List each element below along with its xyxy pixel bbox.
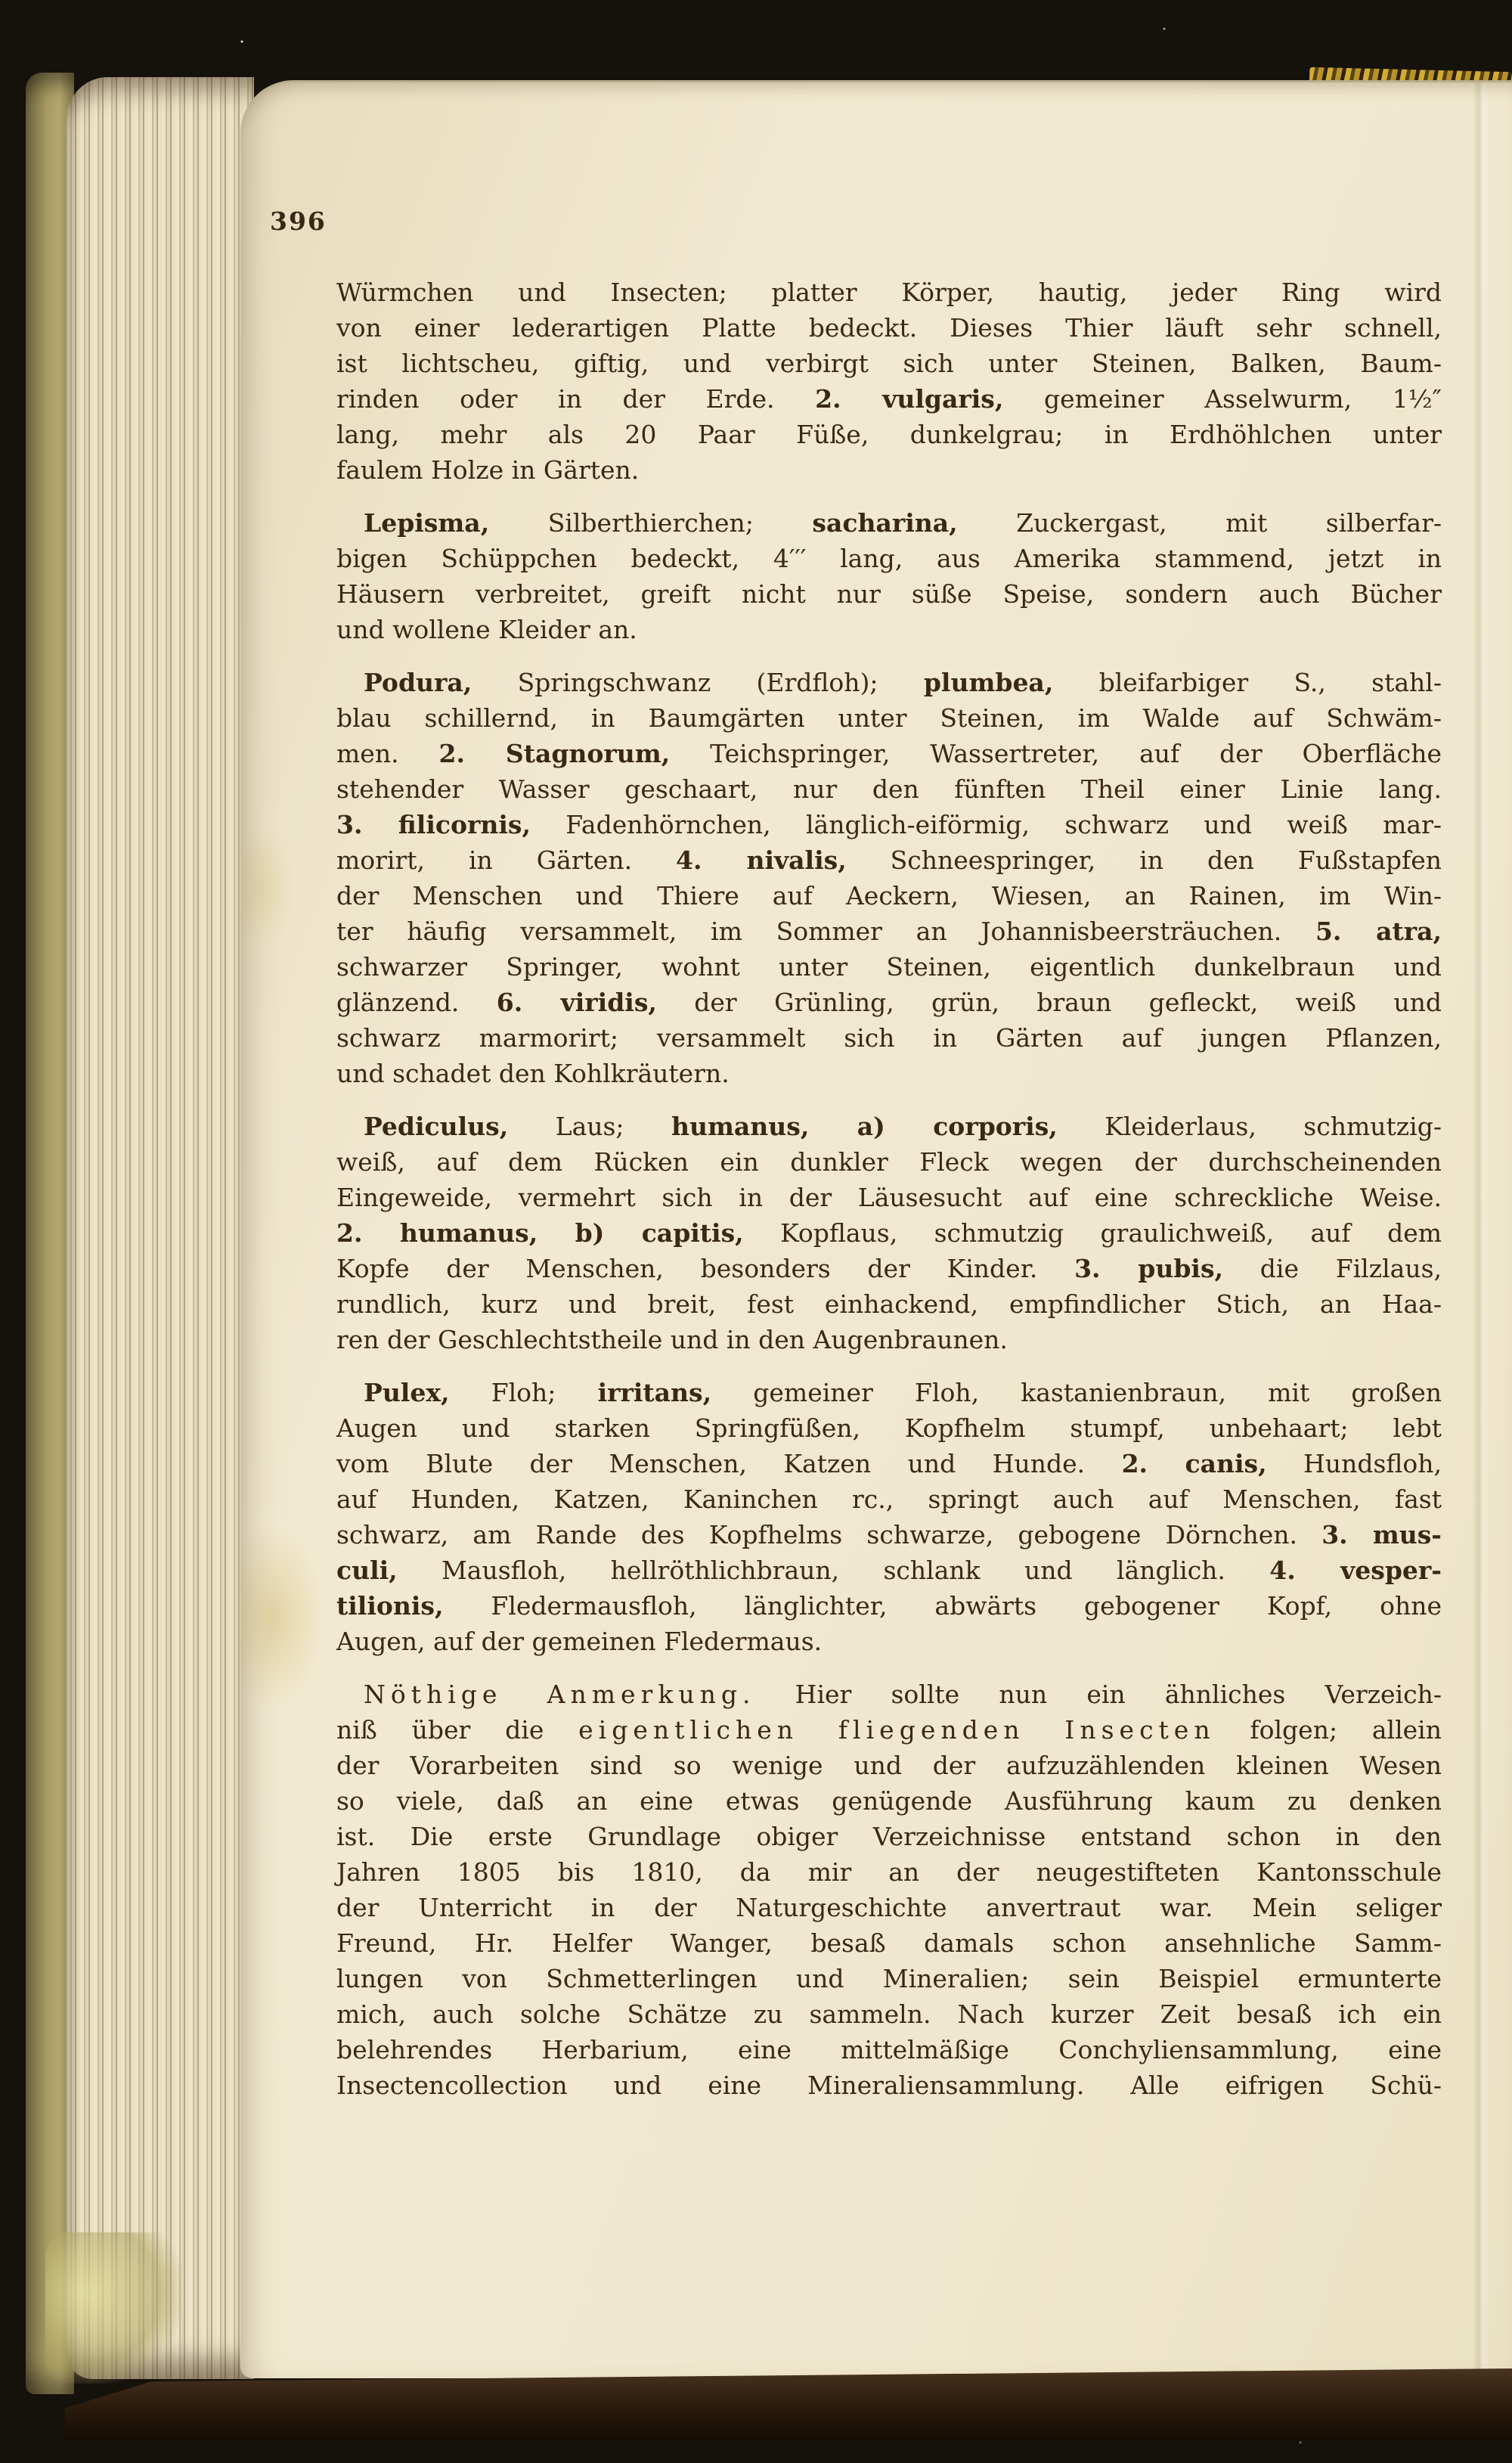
text-line: der Vorarbeiten sind so wenige und der a… xyxy=(336,1748,1442,1783)
text-segment: Häusern verbreitet, greift nicht nur süß… xyxy=(336,579,1442,609)
species-name: 2. humanus, b) capitis, xyxy=(336,1218,744,1248)
text-line: Nöthige Anmerkung. Hier sollte nun ein ä… xyxy=(336,1677,1442,1712)
species-name: 2. canis, xyxy=(1122,1449,1267,1478)
species-name: 2. Stagnorum, xyxy=(439,739,671,768)
text-segment: Augen, auf der gemeinen Fledermaus. xyxy=(336,1627,822,1656)
species-name: 4. nivalis, xyxy=(676,845,847,875)
cover-corner-highlight xyxy=(45,2232,181,2384)
text-segment: bigen Schüppchen bedeckt, 4′′′ lang, aus… xyxy=(336,544,1442,573)
text-line: Insectencollection und eine Mineraliensa… xyxy=(336,2067,1442,2103)
page-number: 396 xyxy=(270,206,327,236)
text-segment: folgen; allein xyxy=(1216,1715,1442,1745)
text-line: tilionis, Fledermausfloh, länglichter, a… xyxy=(336,1588,1442,1624)
text-segment: ren der Geschlechtstheile und in den Aug… xyxy=(336,1325,1008,1354)
species-name: humanus, a) corporis, xyxy=(671,1112,1058,1141)
text-line: auf Hunden, Katzen, Kaninchen rc., sprin… xyxy=(336,1481,1442,1517)
species-name: 4. vesper- xyxy=(1269,1556,1442,1585)
text-segment: Kopflaus, schmutzig graulichweiß, auf de… xyxy=(744,1218,1442,1248)
text-segment: und wollene Kleider an. xyxy=(336,615,637,644)
text-segment: Zuckergast, mit silberfar- xyxy=(958,508,1442,538)
text-segment: Springschwanz (Erdfloh); xyxy=(472,668,924,697)
species-name: Podura, xyxy=(364,668,472,697)
text-line: 3. filicornis, Fadenhörnchen, länglich-e… xyxy=(336,807,1442,842)
text-segment: von einer lederartigen Platte bedeckt. D… xyxy=(336,313,1442,343)
text-line: Jahren 1805 bis 1810, da mir an der neug… xyxy=(336,1854,1442,1890)
text-segment: Mausfloh, hellröthlichbraun, schlank und… xyxy=(398,1556,1270,1585)
text-line: belehrendes Herbarium, eine mittelmäßige… xyxy=(336,2032,1442,2067)
text-segment: stehender Wasser geschaart, nur den fünf… xyxy=(336,774,1442,804)
text-segment: Würmchen und Insecten; platter Körper, h… xyxy=(336,278,1442,307)
text-segment: der Unterricht in der Naturgeschichte an… xyxy=(336,1893,1442,1922)
species-name: 3. mus- xyxy=(1321,1520,1442,1549)
text-segment: Kopfe der Menschen, besonders der Kinder… xyxy=(336,1254,1074,1283)
text-segment: Jahren 1805 bis 1810, da mir an der neug… xyxy=(336,1857,1442,1887)
text-line: blau schillernd, in Baumgärten unter Ste… xyxy=(336,700,1442,736)
book-bottom-edge-shadow xyxy=(65,2368,1512,2440)
text-line: niß über die eigentlichen fliegenden Ins… xyxy=(336,1712,1442,1748)
text-segment: Insectencollection und eine Mineraliensa… xyxy=(336,2071,1442,2100)
text-segment: auf Hunden, Katzen, Kaninchen rc., sprin… xyxy=(336,1484,1442,1514)
text-segment: Silberthierchen; xyxy=(489,508,812,538)
book-page: 396 Würmchen und Insecten; platter Körpe… xyxy=(240,80,1512,2378)
text-segment: so viele, daß an eine etwas genügende Au… xyxy=(336,1786,1442,1816)
text-segment: schwarz, am Rande des Kopfhelms schwarze… xyxy=(336,1520,1321,1549)
photo-background: { "colors": { "background": "#15110b", "… xyxy=(0,0,1512,2463)
species-name: sacharina, xyxy=(812,508,957,538)
text-line: Häusern verbreitet, greift nicht nur süß… xyxy=(336,576,1442,612)
text-line: schwarz marmorirt; versammelt sich in Gä… xyxy=(336,1020,1442,1056)
text-line: ist lichtscheu, giftig, und verbirgt sic… xyxy=(336,346,1442,381)
paragraph: Podura, Springschwanz (Erdfloh); plumbea… xyxy=(336,665,1442,1091)
text-segment: lungen von Schmetterlingen und Mineralie… xyxy=(336,1964,1442,1993)
text-line: mich, auch solche Schätze zu sammeln. Na… xyxy=(336,1996,1442,2032)
text-segment: Hier sollte nun ein ähnliches Verzeich- xyxy=(755,1680,1442,1709)
text-segment: gemeiner Floh, kastanienbraun, mit große… xyxy=(711,1378,1442,1407)
text-line: weiß, auf dem Rücken ein dunkler Fleck w… xyxy=(336,1144,1442,1180)
species-name: culi, xyxy=(336,1556,398,1585)
text-line: Freund, Hr. Helfer Wanger, besaß damals … xyxy=(336,1925,1442,1961)
text-line: der Unterricht in der Naturgeschichte an… xyxy=(336,1890,1442,1925)
text-line: Pulex, Floh; irritans, gemeiner Floh, ka… xyxy=(336,1375,1442,1410)
text-segment: rundlich, kurz und breit, fest einhacken… xyxy=(336,1289,1442,1319)
text-line: ter häufig versammelt, im Sommer an Joha… xyxy=(336,914,1442,949)
text-segment: Floh; xyxy=(450,1378,598,1407)
text-segment: Hundsfloh, xyxy=(1267,1449,1442,1478)
text-segment: Fadenhörnchen, länglich-eiförmig, schwar… xyxy=(531,810,1442,839)
text-line: Podura, Springschwanz (Erdfloh); plumbea… xyxy=(336,665,1442,700)
text-segment: Fledermausfloh, länglichter, abwärts geb… xyxy=(443,1591,1442,1621)
text-line: rinden oder in der Erde. 2. vulgaris, ge… xyxy=(336,381,1442,417)
text-line: rundlich, kurz und breit, fest einhacken… xyxy=(336,1286,1442,1322)
text-segment: schwarzer Springer, wohnt unter Steinen,… xyxy=(336,952,1442,982)
text-line: Pediculus, Laus; humanus, a) corporis, K… xyxy=(336,1109,1442,1144)
text-segment: Freund, Hr. Helfer Wanger, besaß damals … xyxy=(336,1928,1442,1958)
text-line: glänzend. 6. viridis, der Grünling, grün… xyxy=(336,985,1442,1020)
text-segment: Laus; xyxy=(508,1112,671,1141)
text-segment: der Menschen und Thiere auf Aeckern, Wie… xyxy=(336,881,1442,910)
text-segment: Augen und starken Springfüßen, Kopfhelm … xyxy=(336,1413,1442,1443)
text-line: Würmchen und Insecten; platter Körper, h… xyxy=(336,275,1442,310)
text-segment: weiß, auf dem Rücken ein dunkler Fleck w… xyxy=(336,1147,1442,1177)
text-segment: lang, mehr als 20 Paar Füße, dunkelgrau;… xyxy=(336,420,1442,449)
text-line: morirt, in Gärten. 4. nivalis, Schneespr… xyxy=(336,842,1442,878)
text-segment: ist lichtscheu, giftig, und verbirgt sic… xyxy=(336,349,1442,378)
text-line: Augen und starken Springfüßen, Kopfhelm … xyxy=(336,1410,1442,1446)
text-line: und schadet den Kohlkräutern. xyxy=(336,1056,1442,1091)
species-name: 2. vulgaris, xyxy=(815,384,1003,414)
text-segment: Kleiderlaus, schmutzig- xyxy=(1058,1112,1442,1141)
text-segment: Schneespringer, in den Fußstapfen xyxy=(847,845,1442,875)
species-name: irritans, xyxy=(598,1378,712,1407)
text-segment: glänzend. xyxy=(336,988,497,1017)
text-line: so viele, daß an eine etwas genügende Au… xyxy=(336,1783,1442,1819)
text-segment: Teichspringer, Wassertreter, auf der Obe… xyxy=(670,739,1442,768)
text-segment: faulem Holze in Gärten. xyxy=(336,455,639,485)
text-line: ren der Geschlechtstheile und in den Aug… xyxy=(336,1322,1442,1357)
paragraph: Nöthige Anmerkung. Hier sollte nun ein ä… xyxy=(336,1677,1442,2103)
paragraph: Pulex, Floh; irritans, gemeiner Floh, ka… xyxy=(336,1375,1442,1659)
text-line: 2. humanus, b) capitis, Kopflaus, schmut… xyxy=(336,1215,1442,1251)
text-line: faulem Holze in Gärten. xyxy=(336,452,1442,488)
text-segment: ist. Die erste Grundlage obiger Verzeich… xyxy=(336,1822,1442,1851)
text-line: Eingeweide, vermehrt sich in der Läusesu… xyxy=(336,1180,1442,1215)
text-segment: blau schillernd, in Baumgärten unter Ste… xyxy=(336,703,1442,733)
text-segment: der Grünling, grün, braun gefleckt, weiß… xyxy=(657,988,1442,1017)
paragraph: Lepisma, Silberthierchen; sacharina, Zuc… xyxy=(336,505,1442,647)
text-segment: niß über die xyxy=(336,1715,578,1745)
text-line: Lepisma, Silberthierchen; sacharina, Zuc… xyxy=(336,505,1442,541)
species-name: plumbea, xyxy=(924,668,1053,697)
text-line: schwarz, am Rande des Kopfhelms schwarze… xyxy=(336,1517,1442,1553)
text-segment: ter häufig versammelt, im Sommer an Joha… xyxy=(336,917,1315,946)
page-text-block: Würmchen und Insecten; platter Körper, h… xyxy=(336,275,1442,2120)
emphasized-text: eigentlichen fliegenden Insecten xyxy=(578,1715,1215,1745)
text-line: men. 2. Stagnorum, Teichspringer, Wasser… xyxy=(336,736,1442,771)
text-line: Kopfe der Menschen, besonders der Kinder… xyxy=(336,1251,1442,1286)
text-line: stehender Wasser geschaart, nur den fünf… xyxy=(336,771,1442,807)
text-segment: der Vorarbeiten sind so wenige und der a… xyxy=(336,1751,1442,1780)
text-line: lungen von Schmetterlingen und Mineralie… xyxy=(336,1961,1442,1996)
species-name: Pediculus, xyxy=(364,1112,508,1141)
species-name: Lepisma, xyxy=(364,508,489,538)
text-segment: Eingeweide, vermehrt sich in der Läusesu… xyxy=(336,1183,1442,1212)
text-segment: rinden oder in der Erde. xyxy=(336,384,815,414)
text-segment: gemeiner Asselwurm, 1½″ xyxy=(1003,384,1442,414)
text-line: culi, Mausfloh, hellröthlichbraun, schla… xyxy=(336,1553,1442,1588)
text-segment: belehrendes Herbarium, eine mittelmäßige… xyxy=(336,2035,1442,2064)
emphasized-text: Nöthige Anmerkung. xyxy=(364,1680,755,1709)
page-fore-edge-stack xyxy=(67,77,254,2379)
text-segment: und schadet den Kohlkräutern. xyxy=(336,1059,730,1088)
species-name: 6. viridis, xyxy=(497,988,657,1017)
paragraph: Würmchen und Insecten; platter Körper, h… xyxy=(336,275,1442,488)
species-name: Pulex, xyxy=(364,1378,450,1407)
text-segment: bleifarbiger S., stahl- xyxy=(1053,668,1442,697)
text-segment: morirt, in Gärten. xyxy=(336,845,676,875)
species-name: 3. filicornis, xyxy=(336,810,531,839)
text-line: vom Blute der Menschen, Katzen und Hunde… xyxy=(336,1446,1442,1481)
species-name: 3. pubis, xyxy=(1074,1254,1223,1283)
species-name: tilionis, xyxy=(336,1591,443,1621)
text-segment: mich, auch solche Schätze zu sammeln. Na… xyxy=(336,1999,1442,2029)
text-segment: schwarz marmorirt; versammelt sich in Gä… xyxy=(336,1023,1442,1053)
text-line: schwarzer Springer, wohnt unter Steinen,… xyxy=(336,949,1442,985)
text-segment: men. xyxy=(336,739,439,768)
text-line: von einer lederartigen Platte bedeckt. D… xyxy=(336,310,1442,346)
text-line: ist. Die erste Grundlage obiger Verzeich… xyxy=(336,1819,1442,1854)
text-line: bigen Schüppchen bedeckt, 4′′′ lang, aus… xyxy=(336,541,1442,576)
text-line: Augen, auf der gemeinen Fledermaus. xyxy=(336,1624,1442,1659)
species-name: 5. atra, xyxy=(1315,917,1442,946)
text-line: lang, mehr als 20 Paar Füße, dunkelgrau;… xyxy=(336,417,1442,452)
paragraph: Pediculus, Laus; humanus, a) corporis, K… xyxy=(336,1109,1442,1357)
text-line: und wollene Kleider an. xyxy=(336,612,1442,647)
text-segment: die Filzlaus, xyxy=(1223,1254,1442,1283)
text-segment: vom Blute der Menschen, Katzen und Hunde… xyxy=(336,1449,1122,1478)
text-line: der Menschen und Thiere auf Aeckern, Wie… xyxy=(336,878,1442,914)
